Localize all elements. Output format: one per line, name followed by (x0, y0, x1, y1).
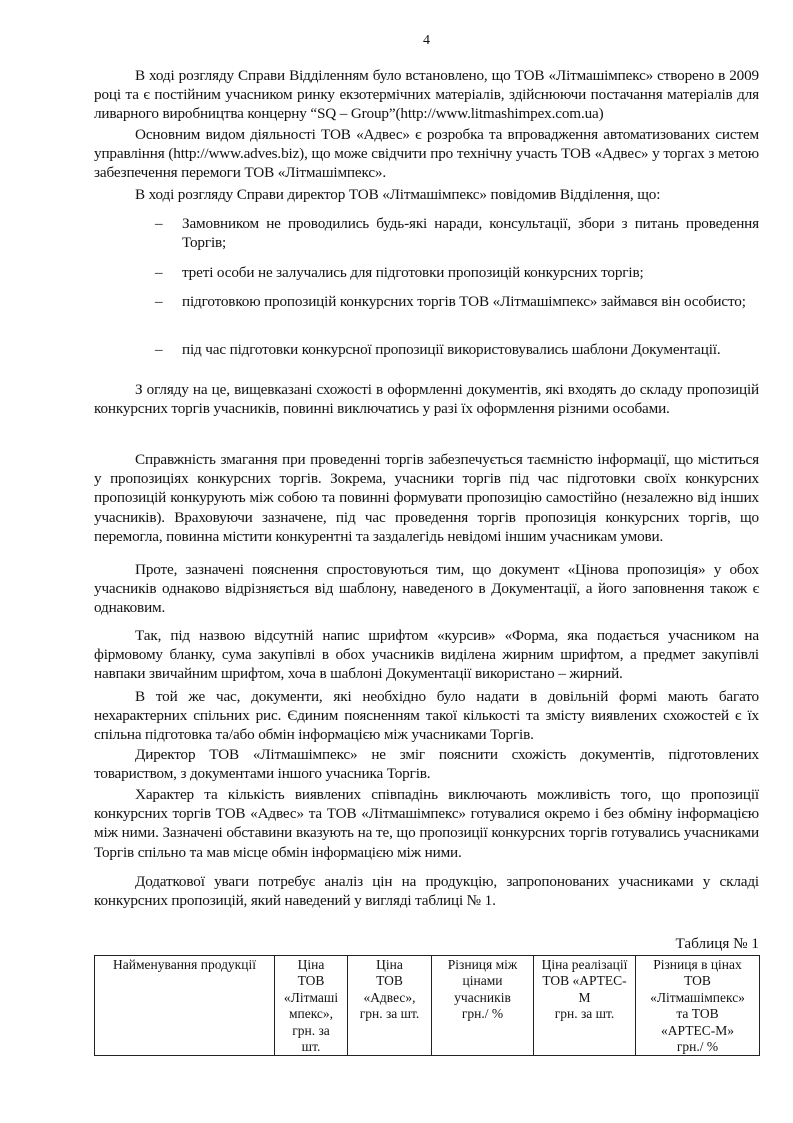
paragraph-price-analysis: Додаткової уваги потребує аналіз цін на … (94, 872, 759, 910)
paragraph-competition: Справжність змагання при проведенні торг… (94, 450, 759, 546)
bullet-item: – Замовником не проводились будь-які нар… (94, 214, 759, 252)
paragraph-coincidences: Характер та кількість виявлених співпаді… (94, 785, 759, 862)
header-price-adves: Ціна ТОВ «Адвес», грн. за шт. (348, 956, 432, 1056)
dash-bullet-icon: – (155, 292, 162, 311)
bullet-text: Замовником не проводились будь-які нарад… (182, 214, 759, 252)
page-number: 4 (94, 33, 759, 49)
bullet-text: підготовкою пропозицій конкурсних торгів… (182, 292, 759, 311)
paragraph-similarities: З огляду на це, вищевказані схожості в о… (94, 380, 759, 418)
dash-bullet-icon: – (155, 263, 162, 282)
bullet-text: під час підготовки конкурсної пропозиції… (182, 340, 759, 359)
paragraph-director-statement: В ході розгляду Справи директор ТОВ «Літ… (94, 185, 759, 204)
table-header-row: Найменування продукції Ціна ТОВ «Літмаші… (95, 956, 760, 1056)
table-caption: Таблиця № 1 (676, 935, 760, 953)
paragraph-adves-activity: Основним видом діяльності ТОВ «Адвес» є … (94, 125, 759, 183)
bullet-item: – під час підготовки конкурсної пропозиц… (94, 340, 759, 359)
bullet-text: треті особи не залучались для підготовки… (182, 263, 759, 282)
paragraph-font-details: Так, під назвою відсутній напис шрифтом … (94, 626, 759, 684)
bullet-item: – треті особи не залучались для підготов… (94, 263, 759, 282)
price-comparison-table: Найменування продукції Ціна ТОВ «Літмаші… (94, 955, 760, 1056)
header-price-artes: Ціна реалізації ТОВ «АРТЕС- М грн. за шт… (534, 956, 636, 1056)
header-price-litmashimpex: Ціна ТОВ «Літмаші мпекс», грн. за шт. (275, 956, 348, 1056)
dash-bullet-icon: – (155, 340, 162, 359)
paragraph-price-proposal: Проте, зазначені пояснення спростовуютьс… (94, 560, 759, 618)
paragraph-common-features: В той же час, документи, які необхідно б… (94, 687, 759, 745)
bullet-item: – підготовкою пропозицій конкурсних торг… (94, 292, 759, 311)
paragraph-company-founding: В ході розгляду Справи Відділенням було … (94, 66, 759, 124)
header-price-difference: Різниця між цінами учасників грн./ % (432, 956, 534, 1056)
header-difference-litmash-artes: Різниця в цінах ТОВ «Літмашімпекс» та ТО… (636, 956, 760, 1056)
dash-bullet-icon: – (155, 214, 162, 233)
header-product-name: Найменування продукції (95, 956, 275, 1056)
paragraph-director-unable: Директор ТОВ «Літмашімпекс» не зміг пояс… (94, 745, 759, 783)
